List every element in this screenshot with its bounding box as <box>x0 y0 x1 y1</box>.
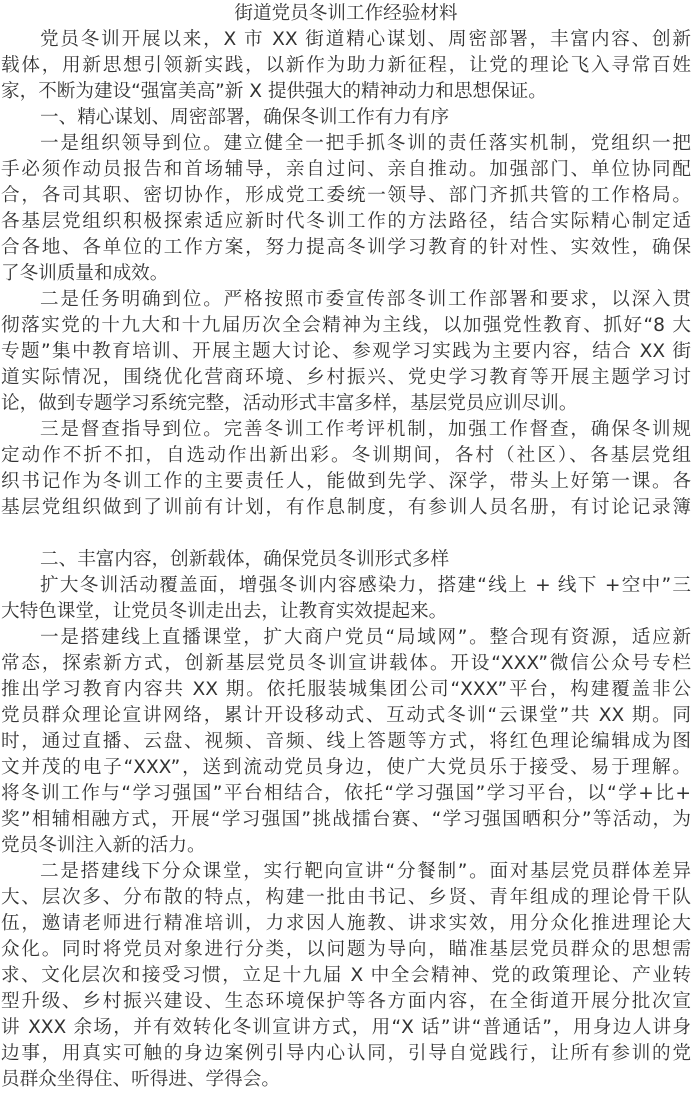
blank-line <box>0 521 693 547</box>
text-line: 文并茂的电子“XXX”，送到流动党员身边，使广大党员乐于接受、易于理解。 <box>0 755 693 781</box>
text-line: 基层党组织做到了训前有计划，有作息制度，有参训人员名册，有讨论记录簿 <box>0 495 693 521</box>
text-line: 讲 XXX 余场，并有效转化冬训宣讲方式，用“X 话”讲“普通话”，用身边人讲身 <box>0 1015 693 1041</box>
paragraph-task-clarity: 二是任务明确到位。严格按照市委宣传部冬训工作部署和要求，以深入贯 彻落实党的十九… <box>0 287 693 417</box>
text-line: 党员群众理论宣讲网络，累计开设移动式、互动式冬训“云课堂”共 XX 期。同 <box>0 703 693 729</box>
text-line: 大、层次多、分布散的特点，构建一批由书记、乡贤、青年组成的理论骨干队 <box>0 885 693 911</box>
paragraph-supervision: 三是督查指导到位。完善冬训工作考评机制，加强工作督查，确保冬训规 定动作不折不扣… <box>0 417 693 521</box>
text-line: 奖”相辅相融方式，开展“学习强国”挑战擂台赛、“学习强国晒积分”等活动，为 <box>0 807 693 833</box>
text-line: 三是督查指导到位。完善冬训工作考评机制，加强工作督查，确保冬训规 <box>0 417 693 443</box>
document-page: 街道党员冬训工作经验材料 党员冬训开展以来，X 市 XX 街道精心谋划、周密部署… <box>0 0 693 1093</box>
text-line: 二是任务明确到位。严格按照市委宣传部冬训工作部署和要求，以深入贯 <box>0 287 693 313</box>
text-line: 求、文化层次和接受习惯，立足十九届 X 中全会精神、党的政策理论、产业转 <box>0 963 693 989</box>
text-line: 织书记作为冬训工作的主要责任人，能做到先学、深学，带头上好第一课。各 <box>0 469 693 495</box>
text-line: 众化。同时将党员对象进行分类，以问题为导向，瞄准基层党员群众的思想需 <box>0 937 693 963</box>
text-line: 党员冬训注入新的活力。 <box>0 833 693 859</box>
text-line: 一是搭建线上直播课堂，扩大商户党员“局域网”。整合现有资源，适应新 <box>0 625 693 651</box>
text-line: 型升级、乡村振兴建设、生态环境保护等各方面内容，在全街道开展分批次宣 <box>0 989 693 1015</box>
text-line: 合，各司其职、密切协作，形成党工委统一领导、部门齐抓共管的工作格局。 <box>0 183 693 209</box>
text-line: 大特色课堂，让党员冬训走出去，让教育实效提起来。 <box>0 599 693 625</box>
paragraph-offline-classroom: 二是搭建线下分众课堂，实行靶向宣讲“分餐制”。面对基层党员群体差异 大、层次多、… <box>0 859 693 1093</box>
text-line: 各基层党组织积极探索适应新时代冬训工作的方法路径，结合实际精心制定适 <box>0 209 693 235</box>
text-line: 推出学习教育内容共 XX 期。依托服装城集团公司“XXX”平台，构建覆盖非公 <box>0 677 693 703</box>
text-line: 彻落实党的十九大和十九届历次全会精神为主线，以加强党性教育、抓好“8 大 <box>0 313 693 339</box>
text-line: 伍，邀请老师进行精准培训，力求因人施教、讲求实效，用分众化推进理论大 <box>0 911 693 937</box>
text-line: 论，做到专题学习系统完整，活动形式丰富多样，基层党员应训尽训。 <box>0 391 693 417</box>
text-line: 专题”集中教育培训、开展主题大讨论、参观学习实践为主要内容，结合 XX 街 <box>0 339 693 365</box>
text-line: 了冬训质量和成效。 <box>0 261 693 287</box>
text-line: 一是组织领导到位。建立健全一把手抓冬训的责任落实机制，党组织一把 <box>0 131 693 157</box>
text-line: 定动作不折不扣，自选动作出新出彩。冬训期间，各村（社区）、各基层党组 <box>0 443 693 469</box>
text-line: 党员冬训开展以来，X 市 XX 街道精心谋划、周密部署，丰富内容、创新 <box>0 27 693 53</box>
text-line: 二是搭建线下分众课堂，实行靶向宣讲“分餐制”。面对基层党员群体差异 <box>0 859 693 885</box>
section-heading-2: 二、丰富内容，创新载体，确保党员冬训形式多样 <box>0 547 693 573</box>
text-line: 载体，用新思想引领新实践，以新作为助力新征程，让党的理论飞入寻常百姓 <box>0 53 693 79</box>
text-line: 边事，用真实可触的身边案例引导内心认同，引导自觉践行，让所有参训的党 <box>0 1041 693 1067</box>
text-line: 合各地、各单位的工作方案，努力提高冬训学习教育的针对性、实效性，确保 <box>0 235 693 261</box>
text-line: 手必须作动员报告和首场辅导，亲自过问、亲自推动。加强部门、单位协同配 <box>0 157 693 183</box>
text-line: 常态，探索新方式，创新基层党员冬训宣讲载体。开设“XXX”微信公众号专栏 <box>0 651 693 677</box>
text-line: 时，通过直播、云盘、视频、音频、线上答题等方式，将红色理论编辑成为图 <box>0 729 693 755</box>
text-line: 道实际情况，围绕优化营商环境、乡村振兴、党史学习教育等开展主题学习讨 <box>0 365 693 391</box>
text-line: 家，不断为建设“强富美高”新 X 提供强大的精神动力和思想保证。 <box>0 79 693 105</box>
text-line: 扩大冬训活动覆盖面，增强冬训内容感染力，搭建“线上 + 线下 +空中”三 <box>0 573 693 599</box>
paragraph-organization-leadership: 一是组织领导到位。建立健全一把手抓冬训的责任落实机制，党组织一把 手必须作动员报… <box>0 131 693 287</box>
paragraph-coverage: 扩大冬训活动覆盖面，增强冬训内容感染力，搭建“线上 + 线下 +空中”三 大特色… <box>0 573 693 625</box>
section-heading-1: 一、精心谋划、周密部署，确保冬训工作有力有序 <box>0 105 693 131</box>
intro-paragraph: 党员冬训开展以来，X 市 XX 街道精心谋划、周密部署，丰富内容、创新 载体，用… <box>0 27 693 105</box>
document-title: 街道党员冬训工作经验材料 <box>0 1 693 27</box>
paragraph-online-classroom: 一是搭建线上直播课堂，扩大商户党员“局域网”。整合现有资源，适应新 常态，探索新… <box>0 625 693 859</box>
text-line: 将冬训工作与“学习强国”平台相结合，依托“学习强国”学习平台，以“学+比+ <box>0 781 693 807</box>
text-line: 员群众坐得住、听得进、学得会。 <box>0 1067 693 1093</box>
